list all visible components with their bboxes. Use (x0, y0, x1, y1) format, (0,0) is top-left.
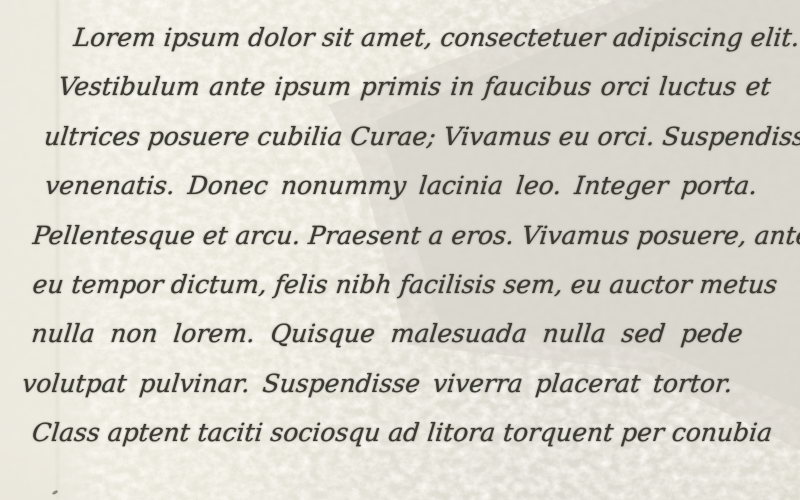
plaster-wall-scene: Lorem ipsum dolor sit amet, consectetuer… (0, 0, 800, 500)
text-line-1: Lorem ipsum dolor sit amet, consectetuer… (71, 13, 778, 62)
text-line-7: nulla non lorem. Quisque malesuada nulla… (29, 309, 745, 358)
text-line-8: volutpat pulvinar. Suspendisse viverra p… (20, 359, 735, 408)
text-line-9: Class aptent taciti sociosqu ad litora t… (30, 408, 737, 457)
text-line-6: eu tempor dictum, felis nibh facilisis s… (30, 260, 752, 309)
handwritten-text-block: Lorem ipsum dolor sit amet, consectetuer… (0, 13, 800, 458)
text-line-2: Vestibulum ante ipsum primis in faucibus… (56, 62, 773, 111)
text-line-3: ultrices posuere cubilia Curae; Vivamus … (42, 112, 768, 161)
text-line-4: venenatis. Donec nonummy lacinia leo. In… (43, 161, 760, 210)
text-line-5: Pellentesque et arcu. Praesent a eros. V… (30, 211, 757, 260)
